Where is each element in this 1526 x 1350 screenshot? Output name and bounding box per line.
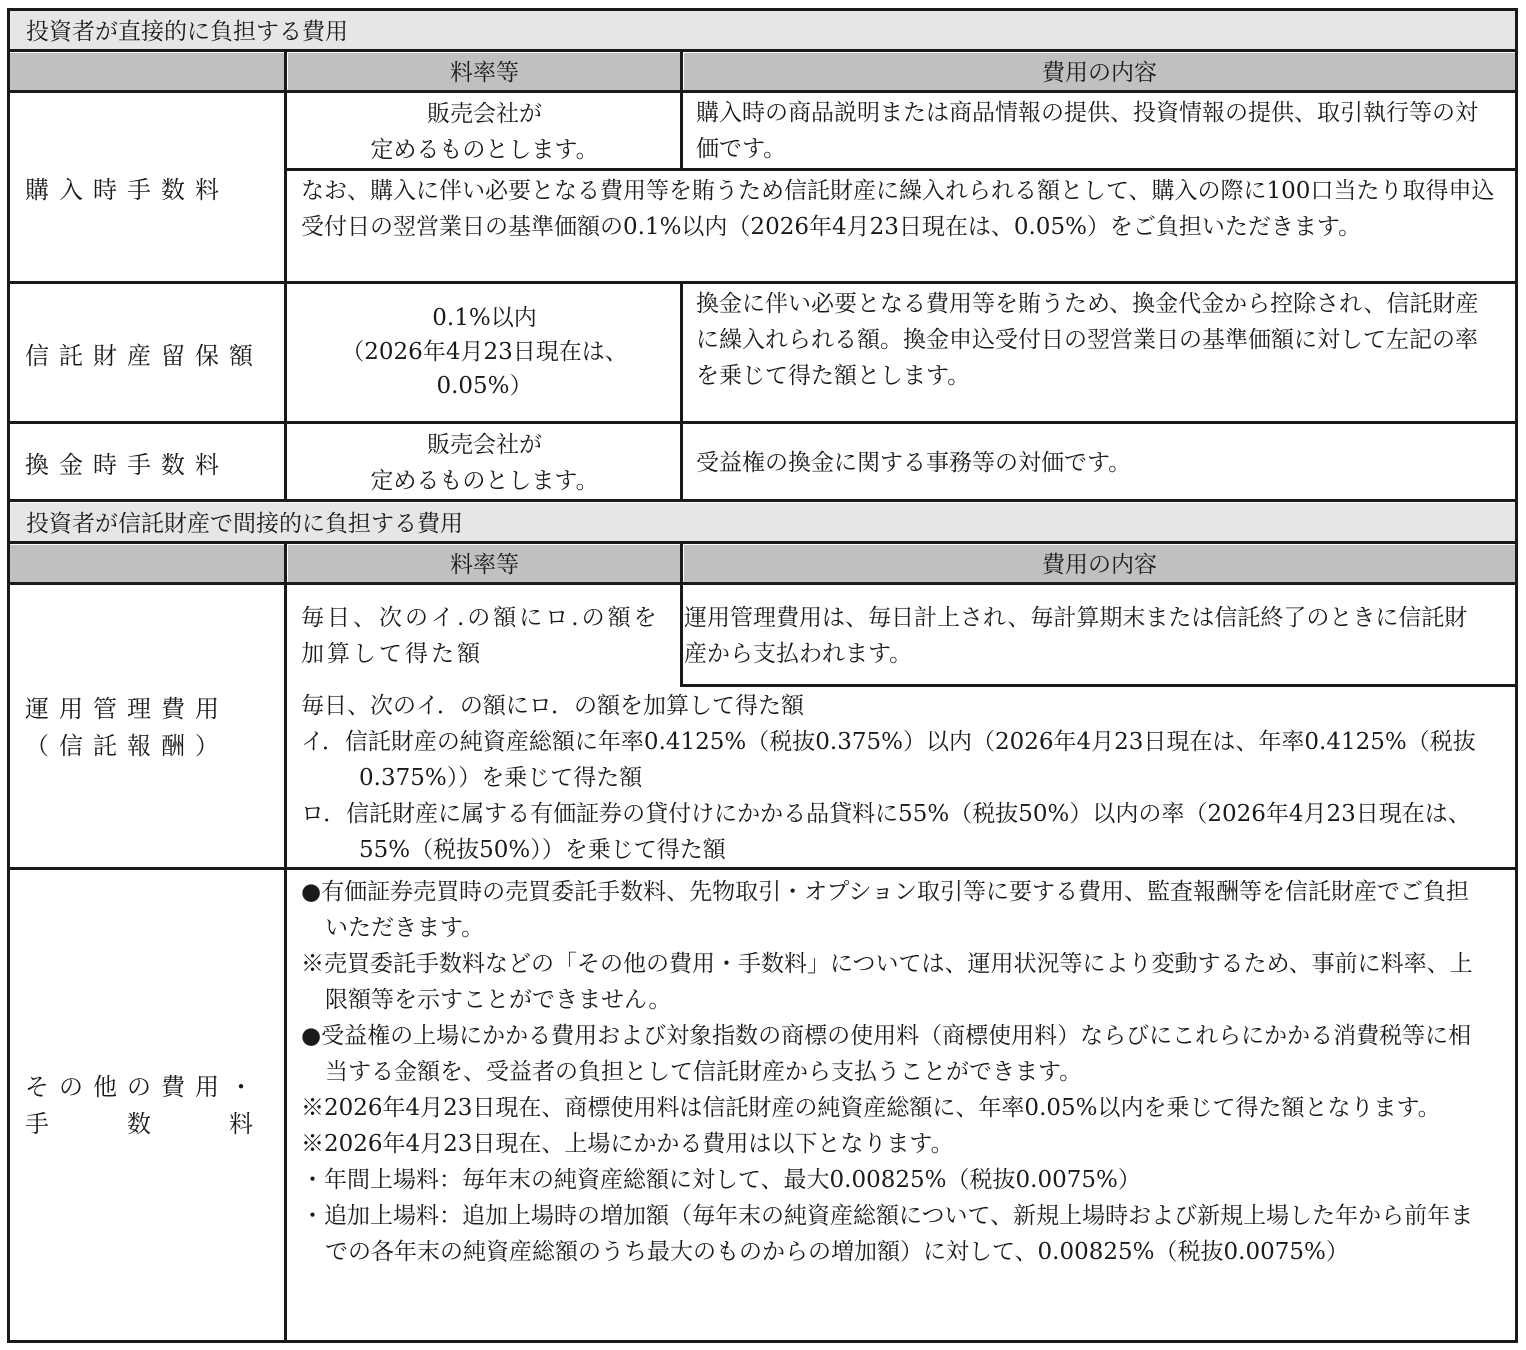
divider xyxy=(7,281,1518,284)
divider xyxy=(680,49,683,170)
divider xyxy=(7,541,1518,544)
divider xyxy=(7,582,1518,585)
divider xyxy=(7,421,1518,424)
divider xyxy=(7,499,1518,502)
divider xyxy=(681,684,1518,687)
table-frame xyxy=(7,8,1518,1343)
divider xyxy=(285,168,1518,171)
divider xyxy=(680,281,683,501)
divider xyxy=(284,541,287,1343)
divider xyxy=(680,541,683,687)
divider xyxy=(7,49,1518,52)
divider xyxy=(7,90,1518,93)
divider xyxy=(284,49,287,501)
divider xyxy=(7,867,1518,870)
